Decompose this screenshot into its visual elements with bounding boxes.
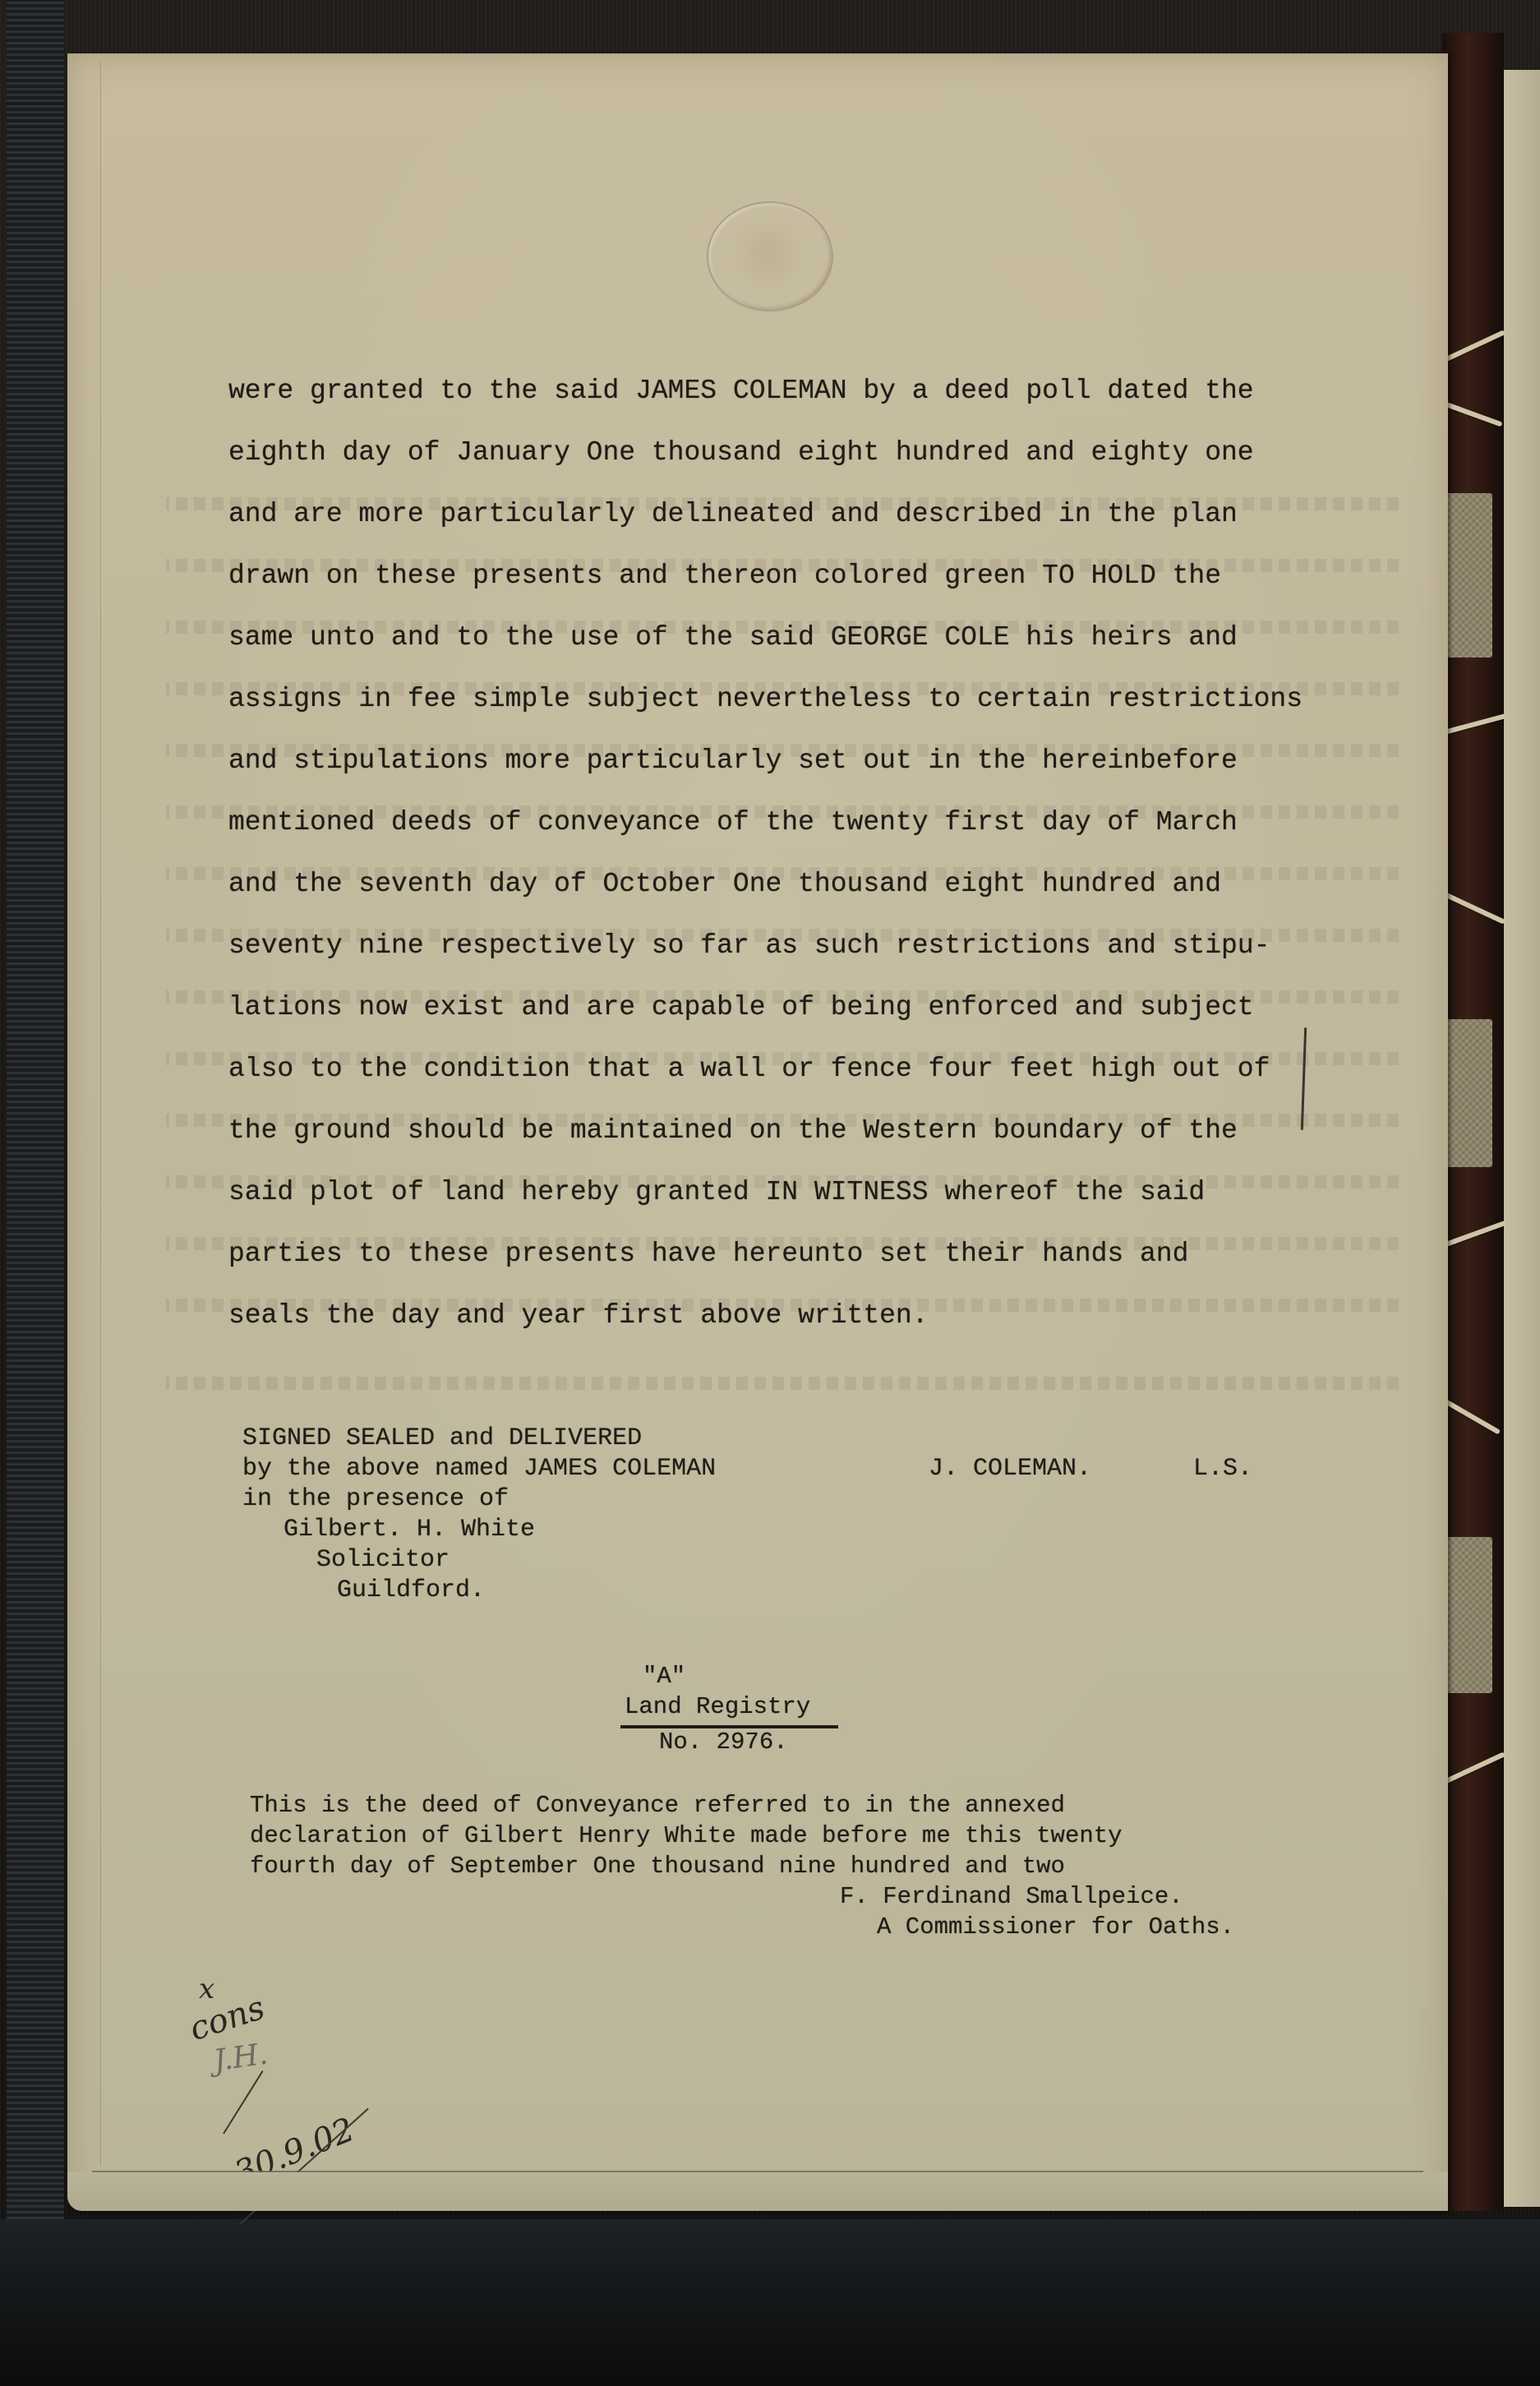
cover-spine-edge [7, 0, 64, 2386]
attestation-presence: in the presence of [242, 1485, 509, 1513]
embossed-seal-icon [707, 201, 833, 312]
seal-mark: L.S. [1193, 1455, 1252, 1483]
commissioner-title: A Commissioner for Oaths. [877, 1913, 1234, 1941]
deed-text-line: seals the day and year first above writt… [228, 1300, 929, 1331]
binding-tape [1445, 1019, 1492, 1167]
certificate-line: declaration of Gilbert Henry White made … [250, 1822, 1123, 1849]
witness-title: Solicitor [316, 1546, 450, 1574]
deed-text-line: said plot of land hereby granted IN WITN… [228, 1177, 1205, 1207]
handwritten-mark: x [199, 1973, 214, 2005]
deed-text-line: and stipulations more particularly set o… [228, 745, 1238, 776]
binding-tape [1445, 1537, 1492, 1693]
deed-text-line: also to the condition that a wall or fen… [228, 1054, 1270, 1084]
deed-text-line: seventy nine respectively so far as such… [228, 930, 1270, 961]
document-page: were granted to the said JAMES COLEMAN b… [67, 53, 1448, 2211]
certificate-line: This is the deed of Conveyance referred … [250, 1792, 1065, 1819]
witness-name: Gilbert. H. White [284, 1516, 535, 1544]
deed-text-line: assigns in fee simple subject neverthele… [228, 684, 1303, 714]
signature: J. COLEMAN. [929, 1455, 1091, 1483]
cover-bottom-edge [0, 2219, 1540, 2386]
commissioner-name: F. Ferdinand Smallpeice. [840, 1883, 1183, 1910]
deed-text-line: eighth day of January One thousand eight… [228, 437, 1254, 468]
exhibit-mark: "A" [643, 1663, 685, 1690]
deed-text-line: the ground should be maintained on the W… [228, 1115, 1238, 1146]
binding-tape [1445, 493, 1492, 658]
witness-place: Guildford. [337, 1576, 485, 1604]
deed-text-line: and are more particularly delineated and… [228, 499, 1238, 529]
deed-text-line: same unto and to the use of the said GEO… [228, 622, 1238, 653]
next-page-edge [1504, 70, 1540, 2207]
page-lower-flap [67, 2172, 1448, 2211]
deed-text-line: were granted to the said JAMES COLEMAN b… [228, 376, 1254, 406]
deed-text-line: parties to these presents have hereunto … [228, 1239, 1188, 1269]
show-through-text [166, 1377, 1399, 1390]
deed-text-line: and the seventh day of October One thous… [228, 869, 1221, 899]
attestation-heading: SIGNED SEALED and DELIVERED [242, 1424, 642, 1452]
margin-line [100, 62, 101, 2166]
deed-text-line: mentioned deeds of conveyance of the twe… [228, 807, 1238, 838]
certificate-line: fourth day of September One thousand nin… [250, 1853, 1065, 1880]
registry-heading: Land Registry [625, 1693, 810, 1720]
registry-number: No. 2976. [659, 1728, 788, 1756]
deed-text-line: lations now exist and are capable of bei… [228, 992, 1254, 1022]
attestation-signer: by the above named JAMES COLEMAN [242, 1455, 716, 1483]
deed-text-line: drawn on these presents and thereon colo… [228, 561, 1221, 591]
pencil-stroke [223, 2070, 263, 2134]
